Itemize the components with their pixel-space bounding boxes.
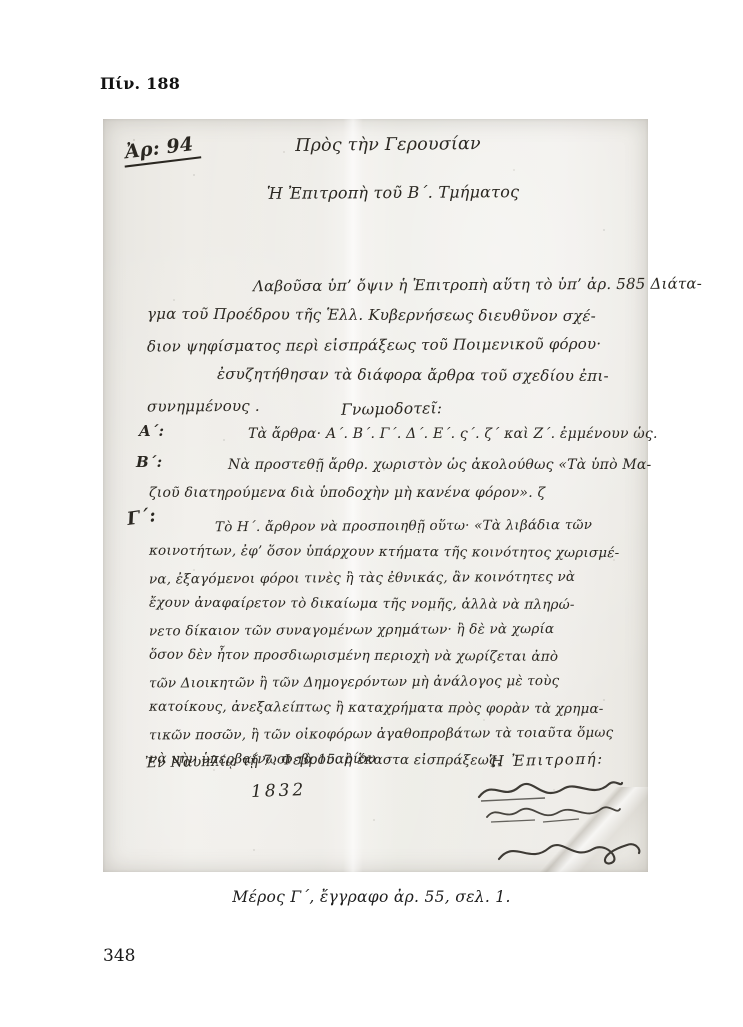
figure-caption: Μέρος Γ΄, ἔγγραφο ἀρ. 55, σελ. 1.: [0, 888, 743, 906]
item-beta-line: Νὰ προστεθῇ ἄρθρ. χωριστὸν ὡς ἀκολούθως …: [228, 457, 652, 473]
committee-label: Ἡ Ἐπιτροπή:: [489, 750, 604, 771]
opening-line: γμα τοῦ Προέδρου τῆς Ἑλλ. Κυβερνήσεως δι…: [147, 299, 645, 332]
item-alpha-line: Τὰ ἄρθρα· Α΄. Β΄. Γ΄. Δ΄. Ε΄. ς΄. ζ΄ καὶ…: [248, 426, 658, 442]
document-number: Ἀρ: 94: [122, 132, 201, 167]
opening-paragraph: Λαβοῦσα ὑπ’ ὄψιν ἡ Ἐπιτροπὴ αὕτη τὸ ὑπ’ …: [147, 270, 645, 420]
item-beta-line: ζιοῦ διατηρούμενα διὰ ὑποδοχὴν μὴ κανένα…: [149, 485, 545, 501]
opening-line: διον ψηφίσματος περὶ εἰσπράξεως τοῦ Ποιμ…: [147, 328, 645, 361]
resolution-word: Γνωμοδοτεῖ:: [341, 399, 443, 419]
item-gamma-line: κοινοτήτων, ἐφ’ ὅσον ὑπάρχουν κτήματα τῆ…: [149, 538, 643, 567]
signature-3-scribble: [495, 835, 645, 871]
item-gamma-line: ὅσον δὲν ἦτον προσδιωρισμένη περιοχὴ νὰ …: [149, 642, 643, 671]
item-gamma-paragraph: Τὸ Η΄. ἄρθρον νὰ προσποιηθῇ οὕτω· «Τὰ λι…: [149, 513, 643, 773]
item-gamma-line: νετο δίκαιον τῶν συναγομένων χρημάτων· ἢ…: [149, 615, 643, 644]
dateline-year: 1832: [251, 780, 307, 802]
item-gamma-line: τικῶν ποσῶν, ἢ τῶν οἰκοφόρων ἀγαθοπροβάτ…: [149, 719, 643, 748]
item-label-beta: Β΄:: [136, 453, 162, 471]
item-gamma-line: ἔχουν ἀναφαίρετον τὸ δικαίωμα τῆς νομῆς,…: [149, 590, 643, 619]
manuscript-scan: Ἀρ: 94 Πρὸς τὴν Γερουσίαν Ἡ Ἐπιτροπὴ τοῦ…: [103, 119, 648, 872]
item-gamma-line: τῶν Διοικητῶν ἢ τῶν Δημογερόντων μὴ ἀνάλ…: [149, 667, 643, 696]
item-gamma-line: Τὸ Η΄. ἄρθρον νὰ προσποιηθῇ οὕτω· «Τὰ λι…: [215, 512, 643, 541]
book-page: { "page": { "plate_label": "Πίν. 188", "…: [0, 0, 743, 1027]
document-heading: Πρὸς τὴν Γερουσίαν: [273, 134, 503, 156]
signature-2-scribble: [483, 799, 623, 827]
plate-label: Πίν. 188: [100, 74, 180, 93]
document-subheading: Ἡ Ἐπιτροπὴ τοῦ Β΄. Τμήματος: [263, 182, 523, 203]
item-gamma-line: να, ἐξαγόμενοι φόροι τινὲς ἢ τὰς ἐθνικάς…: [149, 563, 643, 592]
opening-line: ἐσυζητήθησαν τὰ διάφορα ἄρθρα τοῦ σχεδίο…: [217, 359, 645, 391]
page-number: 348: [103, 946, 135, 966]
item-gamma-line: κατοίκους, ἀνεξαλείπτως ἢ καταχρήματα πρ…: [149, 694, 643, 723]
item-label-alpha: Α΄:: [139, 422, 164, 440]
opening-line: Λαβοῦσα ὑπ’ ὄψιν ἡ Ἐπιτροπὴ αὕτη τὸ ὑπ’ …: [253, 269, 645, 301]
